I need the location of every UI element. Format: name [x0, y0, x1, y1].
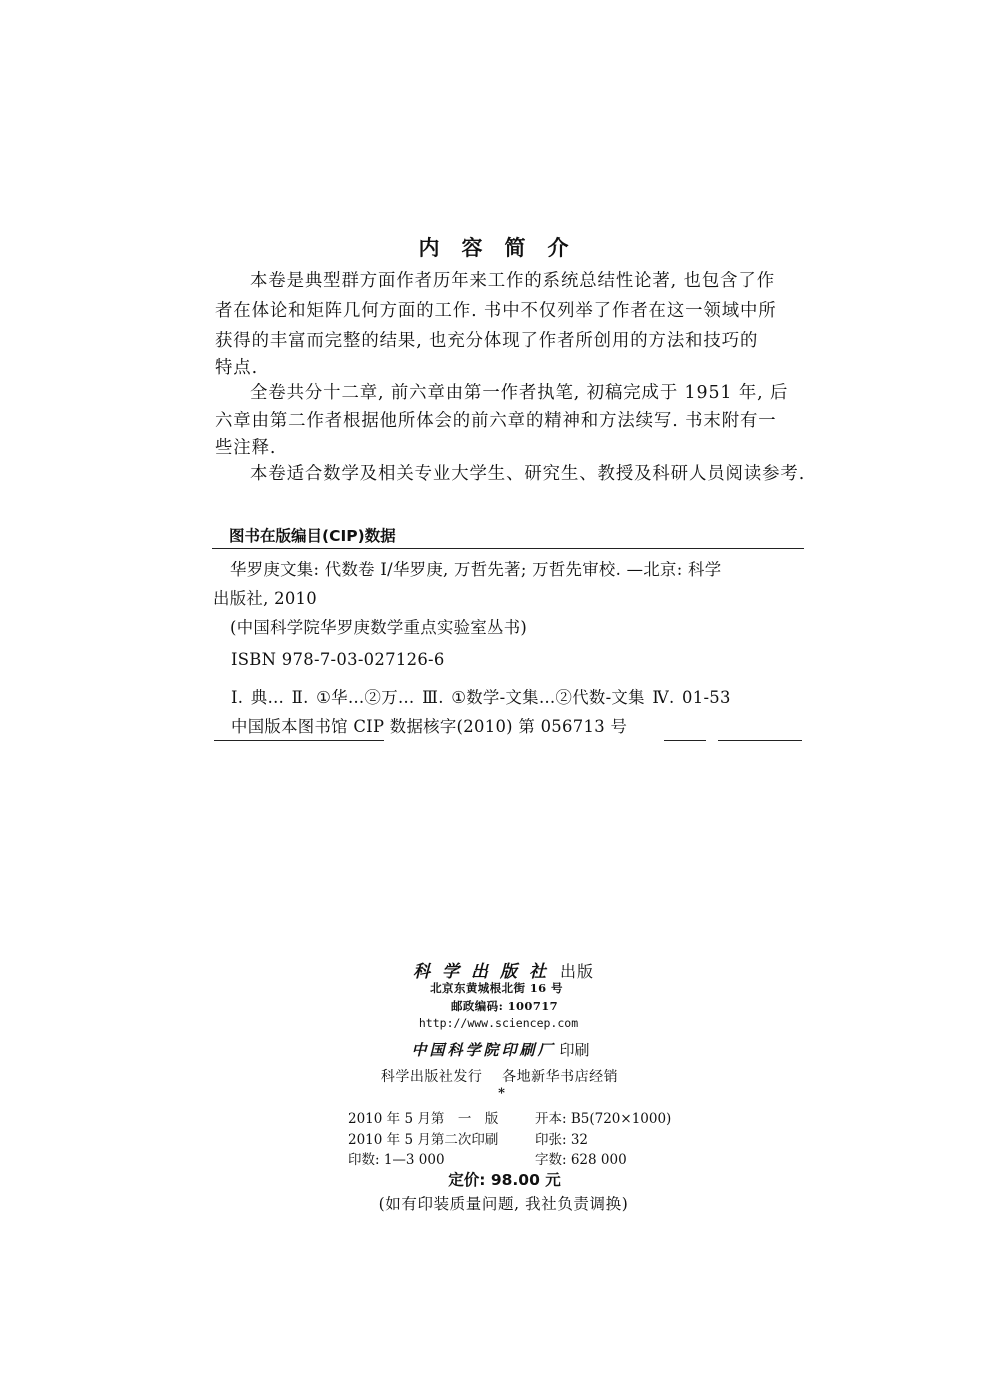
- price: 定价: 98.00 元: [0, 1168, 987, 1190]
- cip-bottom-rule-right-short: [664, 740, 706, 741]
- printer-line: 中国科学院印刷厂印刷: [0, 1039, 987, 1060]
- paragraph-line: 些注释.: [215, 433, 276, 458]
- cip-title-line-2: 出版社, 2010: [213, 585, 317, 609]
- cip-series: (中国科学院华罗庚数学重点实验室丛书): [230, 614, 527, 638]
- paragraph-line: 者在体论和矩阵几何方面的工作. 书中不仅列举了作者在这一领域中所: [215, 296, 777, 321]
- cip-bottom-rule-right: [718, 740, 802, 741]
- cip-classification: Ⅰ. 典… Ⅱ. ①华…②万… Ⅲ. ①数学-文集…②代数-文集 Ⅳ. 01-5…: [231, 684, 731, 708]
- publisher-address: 北京东黄城根北街 16 号: [0, 980, 987, 996]
- paragraph-line: 全卷共分十二章, 前六章由第一作者执笔, 初稿完成于 1951 年, 后: [250, 378, 788, 403]
- paragraph-line: 本卷适合数学及相关专业大学生、研究生、教授及科研人员阅读参考.: [250, 459, 805, 484]
- paragraph-line: 特点.: [215, 353, 258, 378]
- cip-title-line-1: 华罗庚文集: 代数卷 I/华罗庚, 万哲先著; 万哲先审校. —北京: 科学: [230, 556, 721, 580]
- cip-top-rule: [212, 548, 804, 549]
- cip-number: 中国版本图书馆 CIP 数据核字(2010) 第 056713 号: [231, 713, 627, 737]
- printer-name-logo: 中国科学院印刷厂: [411, 1041, 555, 1059]
- spec-word-count: 字数: 628 000: [535, 1148, 627, 1168]
- publisher-line: 科学出版社出版: [0, 957, 987, 982]
- spec-printing: 2010 年 5 月第二次印刷: [348, 1128, 498, 1148]
- paragraph-line: 获得的丰富而完整的结果, 也充分体现了作者所创用的方法和技巧的: [215, 326, 758, 351]
- spec-sheets: 印张: 32: [535, 1128, 588, 1148]
- cip-heading: 图书在版编目(CIP)数据: [229, 524, 396, 546]
- quality-notice: (如有印装质量问题, 我社负责调换): [0, 1192, 987, 1214]
- spec-edition: 2010 年 5 月第 一 版: [348, 1107, 498, 1127]
- cip-isbn: ISBN 978-7-03-027126-6: [231, 650, 445, 669]
- publisher-url: http://www.sciencep.com: [0, 1016, 987, 1030]
- cip-bottom-rule-left: [214, 740, 384, 741]
- paragraph-line: 六章由第二作者根据他所体会的前六章的精神和方法续写. 书末附有一: [215, 406, 777, 431]
- publisher-name-logo: 科学出版社: [413, 962, 558, 982]
- distribution-line: 科学出版社发行 各地新华书店经销: [0, 1066, 987, 1086]
- publisher-postcode: 邮政编码: 100717: [0, 998, 987, 1014]
- printer-suffix: 印刷: [560, 1041, 590, 1059]
- separator-star: *: [0, 1086, 987, 1101]
- spec-format: 开本: B5(720×1000): [535, 1107, 671, 1127]
- spec-print-run: 印数: 1—3 000: [348, 1148, 445, 1168]
- publisher-suffix: 出版: [560, 962, 594, 981]
- paragraph-line: 本卷是典型群方面作者历年来工作的系统总结性论著, 也包含了作: [250, 266, 775, 291]
- summary-title: 内容简介: [0, 232, 987, 262]
